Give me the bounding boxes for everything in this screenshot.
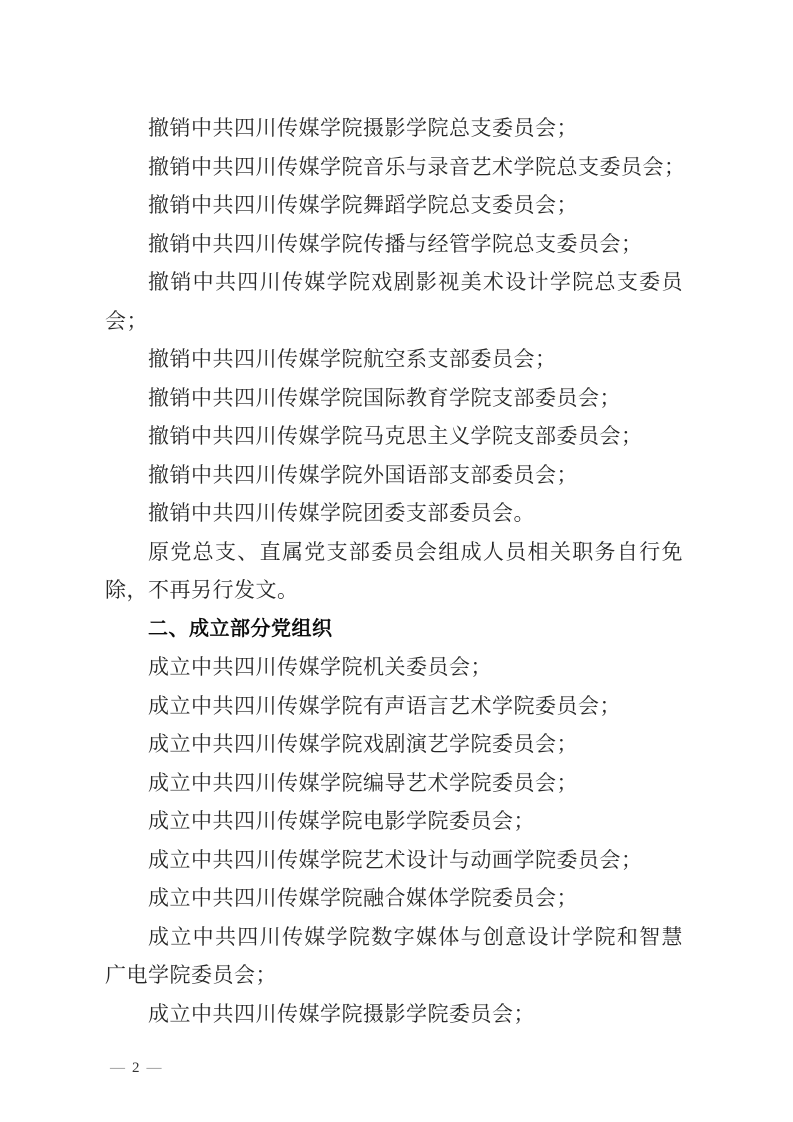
text-line: 成立中共四川传媒学院编导艺术学院委员会； — [105, 764, 683, 803]
footer-left-dash: — — [110, 1060, 125, 1076]
text-line: 成立中共四川传媒学院数字媒体与创意设计学院和智慧 — [105, 918, 683, 957]
text-line: 成立中共四川传媒学院电影学院委员会； — [105, 802, 683, 841]
text-line: 撤销中共四川传媒学院国际教育学院支部委员会； — [105, 379, 683, 418]
text-line: 成立中共四川传媒学院机关委员会； — [105, 648, 683, 687]
text-line: 广电学院委员会； — [105, 956, 683, 995]
text-line: 成立中共四川传媒学院摄影学院委员会； — [105, 995, 683, 1034]
section-heading: 二、成立部分党组织 — [105, 610, 683, 649]
footer-right-dash: — — [147, 1060, 162, 1076]
document-body: 撤销中共四川传媒学院摄影学院总支委员会；撤销中共四川传媒学院音乐与录音艺术学院总… — [105, 109, 683, 1033]
document-page: 撤销中共四川传媒学院摄影学院总支委员会；撤销中共四川传媒学院音乐与录音艺术学院总… — [0, 0, 793, 1122]
text-line: 原党总支、直属党支部委员会组成人员相关职务自行免 — [105, 533, 683, 572]
text-line: 成立中共四川传媒学院融合媒体学院委员会； — [105, 879, 683, 918]
text-line: 撤销中共四川传媒学院马克思主义学院支部委员会； — [105, 417, 683, 456]
text-line: 撤销中共四川传媒学院外国语部支部委员会； — [105, 456, 683, 495]
text-line: 撤销中共四川传媒学院摄影学院总支委员会； — [105, 109, 683, 148]
page-number: 2 — [125, 1060, 147, 1076]
text-line: 撤销中共四川传媒学院音乐与录音艺术学院总支委员会； — [105, 148, 683, 187]
text-line: 成立中共四川传媒学院戏剧演艺学院委员会； — [105, 725, 683, 764]
text-line: 撤销中共四川传媒学院舞蹈学院总支委员会； — [105, 186, 683, 225]
text-line: 撤销中共四川传媒学院戏剧影视美术设计学院总支委员 — [105, 263, 683, 302]
text-line: 撤销中共四川传媒学院航空系支部委员会； — [105, 340, 683, 379]
page-footer: —2— — [110, 1059, 162, 1077]
text-line: 撤销中共四川传媒学院团委支部委员会。 — [105, 494, 683, 533]
text-line: 撤销中共四川传媒学院传播与经管学院总支委员会； — [105, 225, 683, 264]
text-line: 成立中共四川传媒学院艺术设计与动画学院委员会； — [105, 841, 683, 880]
text-line: 除，不再另行发文。 — [105, 571, 683, 610]
text-line: 会； — [105, 302, 683, 341]
text-line: 成立中共四川传媒学院有声语言艺术学院委员会； — [105, 687, 683, 726]
